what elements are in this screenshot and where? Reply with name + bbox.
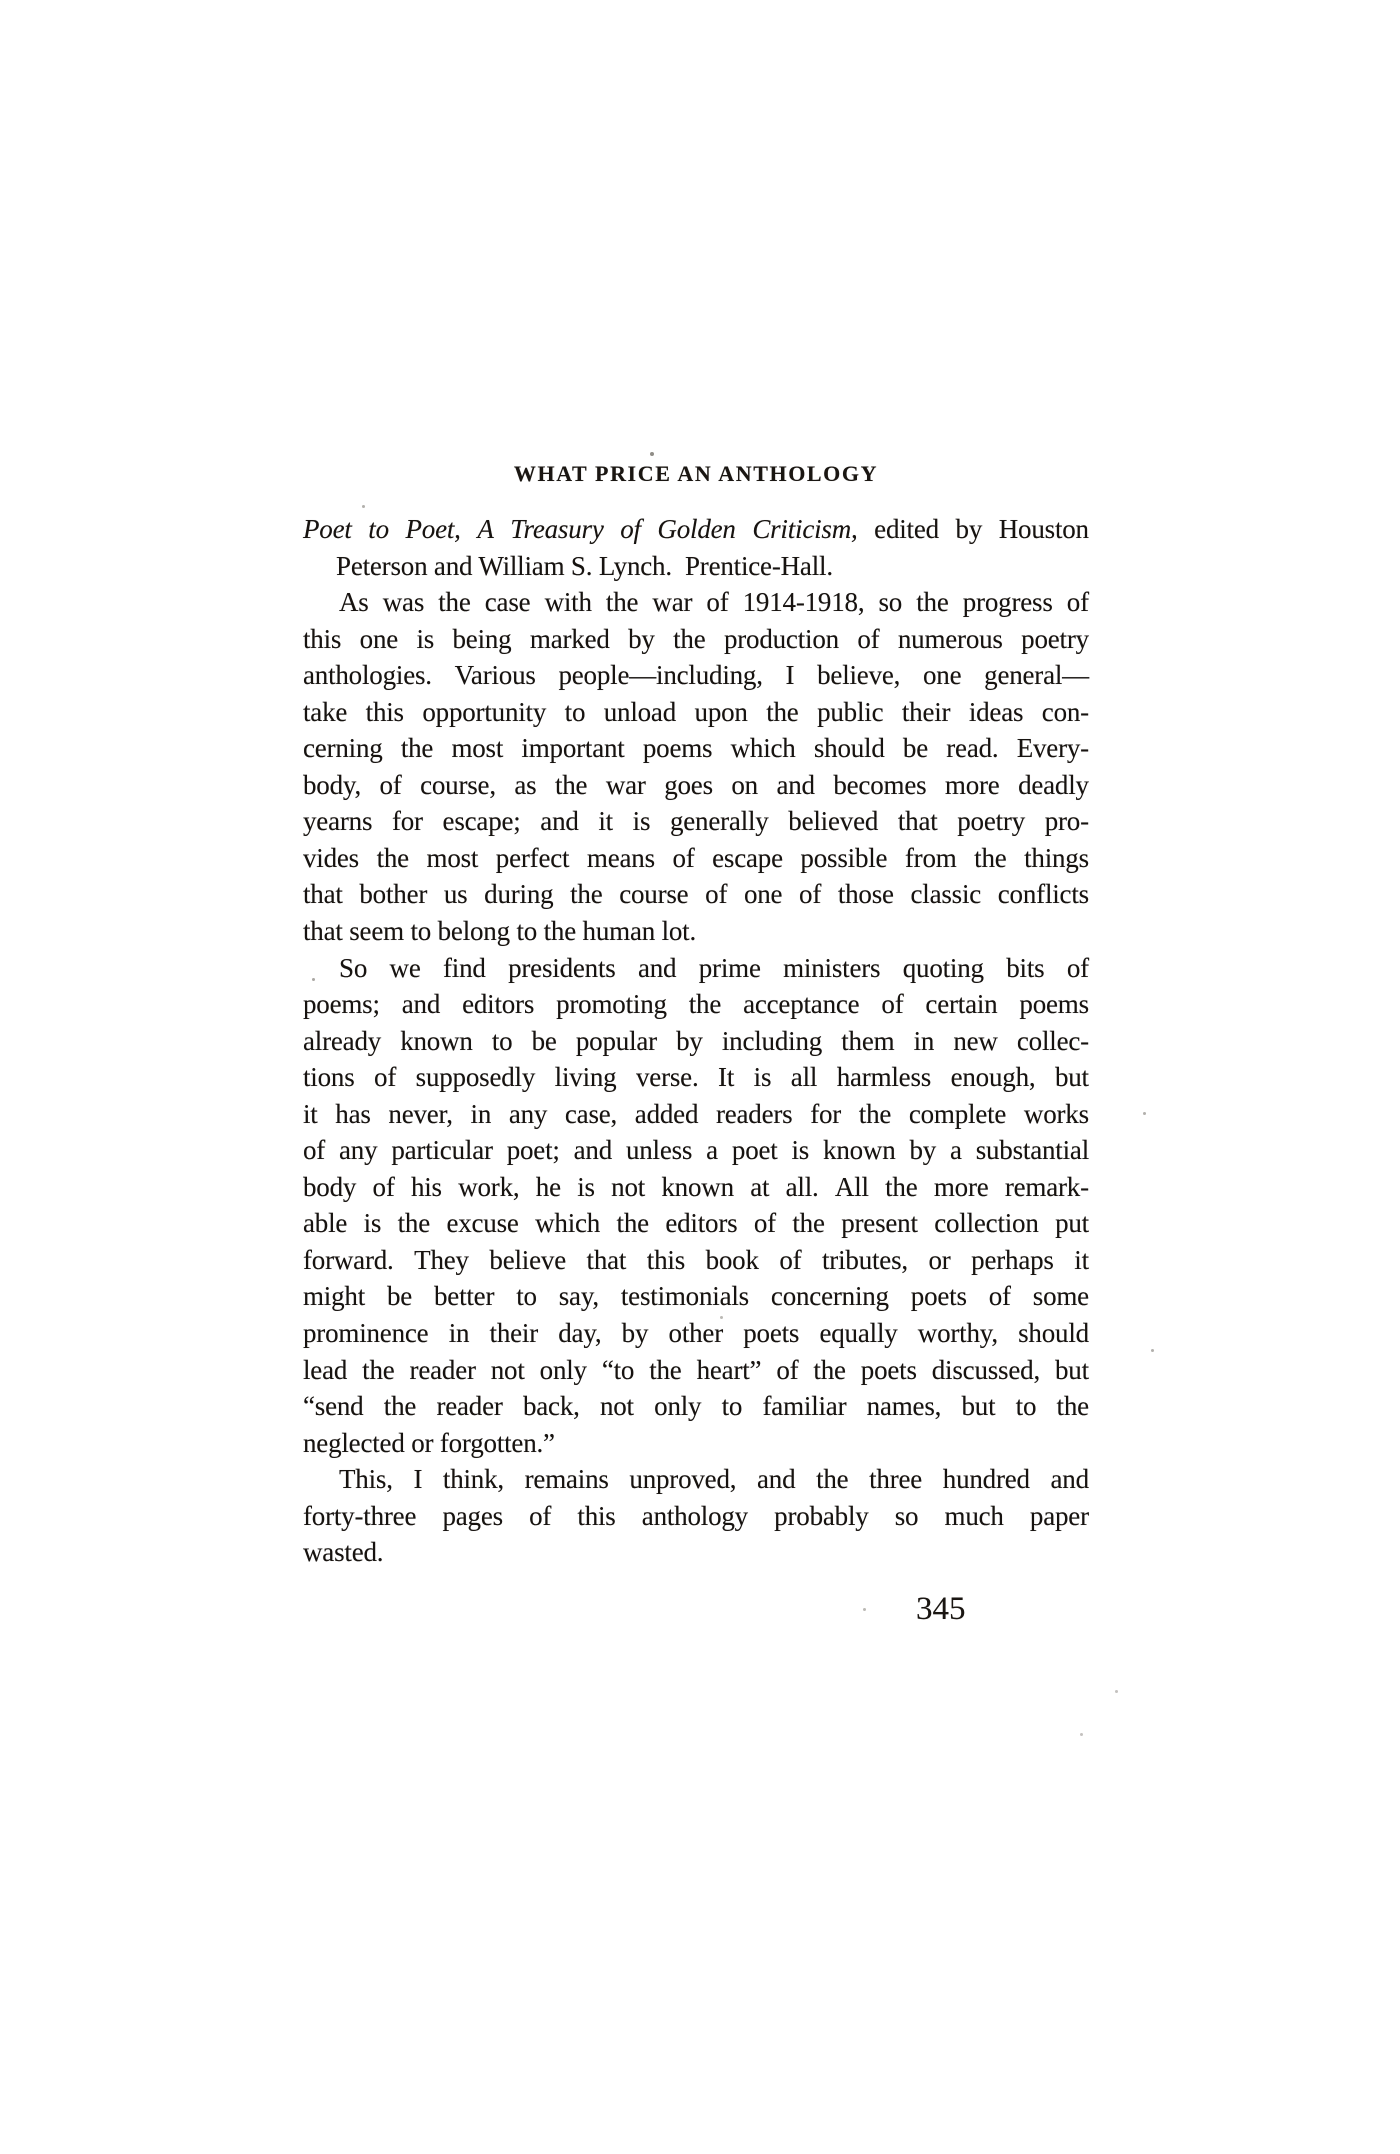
running-header: WHAT PRICE AN ANTHOLOGY — [303, 461, 1089, 487]
text-line: ofanyparticularpoet;andunlessapoetisknow… — [303, 1132, 1089, 1169]
text-line: leadthereadernotonly“totheheart”ofthepoe… — [303, 1352, 1089, 1389]
text-line: poems;andeditorspromotingtheacceptanceof… — [303, 986, 1089, 1023]
text-block: PoettoPoet,ATreasuryofGoldenCriticism,ed… — [303, 511, 1089, 1571]
scan-speck — [1080, 1733, 1083, 1736]
scan-speck — [1115, 1690, 1118, 1693]
text-line: body,ofcourse,asthewargoesonandbecomesmo… — [303, 767, 1089, 804]
text-line: thatbotherusduringthecourseofoneofthosec… — [303, 876, 1089, 913]
text-line: mightbebettertosay,testimonialsconcernin… — [303, 1278, 1089, 1315]
text-line: tionsofsupposedlylivingverse.Itisallharm… — [303, 1059, 1089, 1096]
text-line: Sowefindpresidentsandprimeministersquoti… — [303, 950, 1089, 987]
page-number: 345 — [916, 1590, 966, 1628]
text-line: PoettoPoet,ATreasuryofGoldenCriticism,ed… — [303, 511, 1089, 548]
text-line: cerningthemostimportantpoemswhichshouldb… — [303, 730, 1089, 767]
text-line: Aswasthecasewiththewarof1914-1918,sothep… — [303, 584, 1089, 621]
text-line: Peterson and William S. Lynch. Prentice-… — [303, 548, 1089, 585]
scan-speck — [1143, 1112, 1146, 1115]
scan-speck — [362, 505, 365, 508]
text-line: prominenceintheirday,byotherpoetsequally… — [303, 1315, 1089, 1352]
text-line: ithasnever,inanycase,addedreadersforthec… — [303, 1096, 1089, 1133]
text-line: forward.Theybelievethatthisbookoftribute… — [303, 1242, 1089, 1279]
scanned-page: WHAT PRICE AN ANTHOLOGY PoettoPoet,ATrea… — [0, 0, 1400, 2154]
text-line: yearnsforescape;anditisgenerallybelieved… — [303, 803, 1089, 840]
text-line: neglected or forgotten.” — [303, 1425, 1089, 1462]
text-line: wasted. — [303, 1534, 1089, 1571]
text-line: “sendthereaderback,notonlytofamiliarname… — [303, 1388, 1089, 1425]
text-line: alreadyknowntobepopularbyincludingthemin… — [303, 1023, 1089, 1060]
scan-speck — [312, 978, 315, 981]
scan-speck — [650, 452, 654, 456]
text-line: thisoneisbeingmarkedbytheproductionofnum… — [303, 621, 1089, 658]
scan-speck — [720, 1316, 723, 1319]
text-line: takethisopportunitytounloaduponthepublic… — [303, 694, 1089, 731]
text-line: ableistheexcusewhichtheeditorsoftheprese… — [303, 1205, 1089, 1242]
scan-speck — [863, 1608, 866, 1611]
scan-speck — [1151, 1349, 1154, 1352]
text-line: videsthemostperfectmeansofescapepossible… — [303, 840, 1089, 877]
text-line: that seem to belong to the human lot. — [303, 913, 1089, 950]
text-line: bodyofhiswork,heisnotknownatall.Allthemo… — [303, 1169, 1089, 1206]
text-line: forty-threepagesofthisanthologyprobablys… — [303, 1498, 1089, 1535]
text-line: anthologies.Variouspeople—including,Ibel… — [303, 657, 1089, 694]
text-line: This,Ithink,remainsunproved,andthethreeh… — [303, 1461, 1089, 1498]
